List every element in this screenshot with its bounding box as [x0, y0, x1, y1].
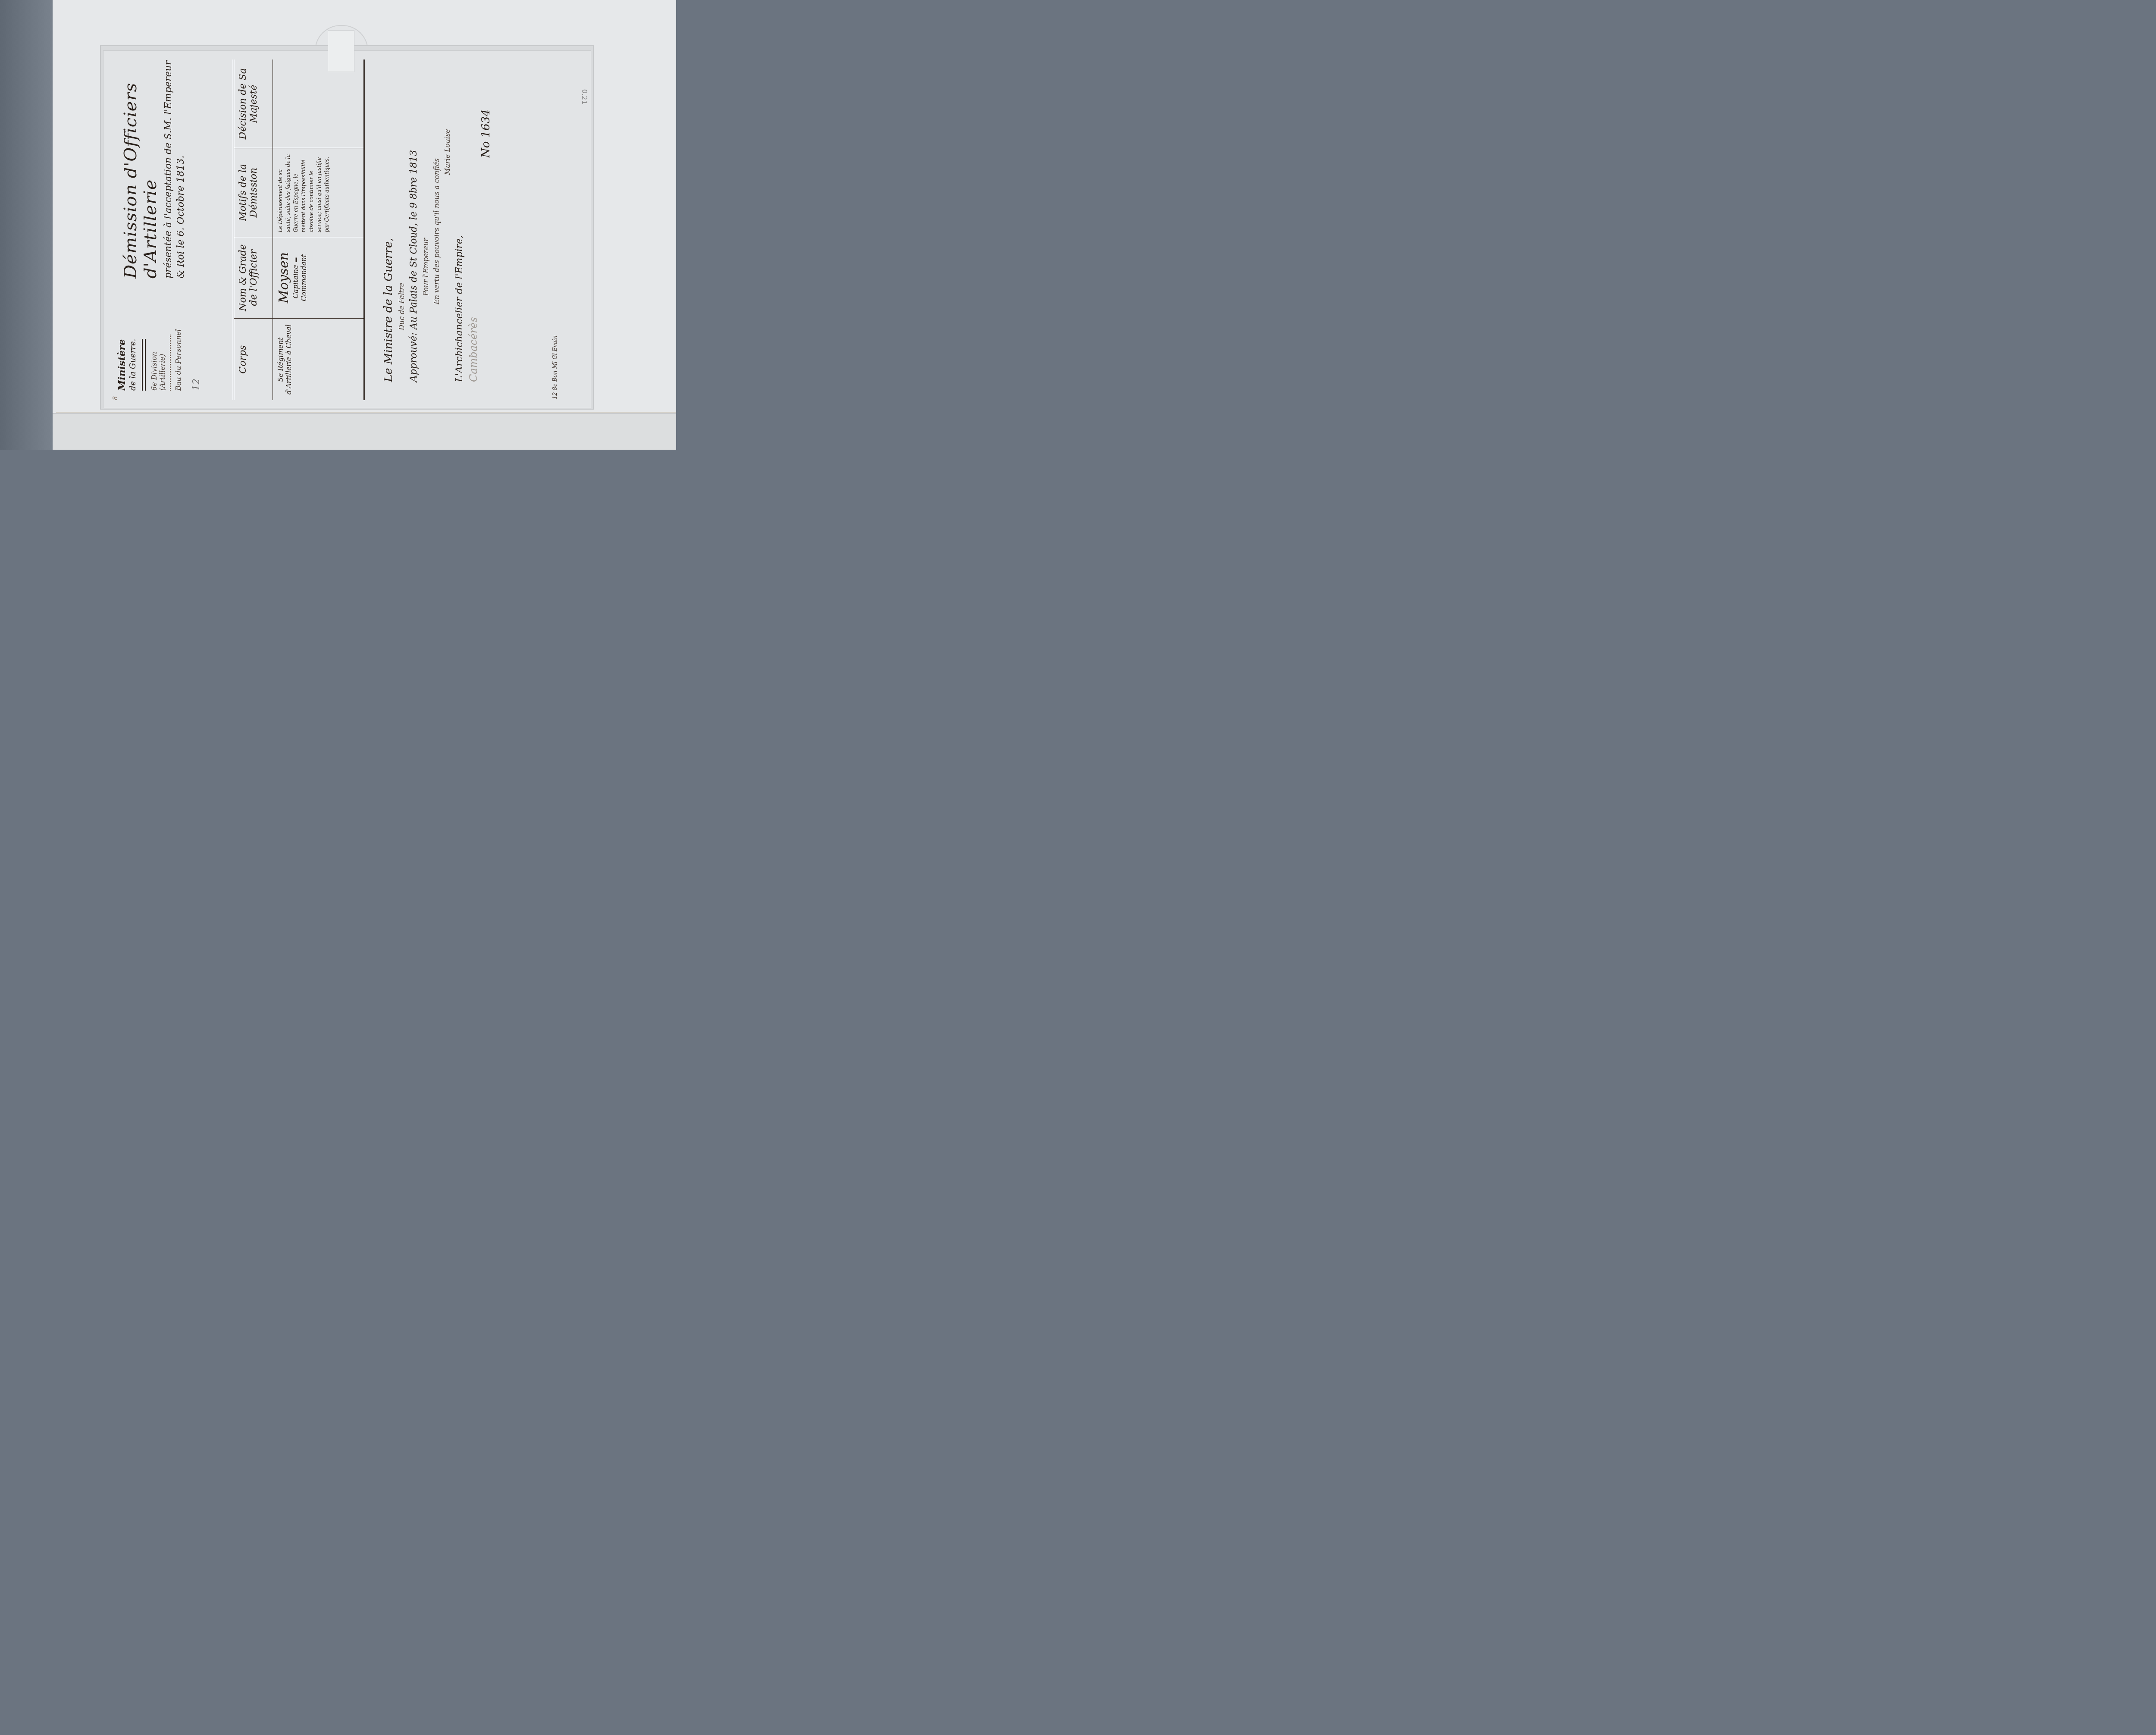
ministry-subtitle: de la Guerre.: [128, 304, 138, 391]
document-title: Démission d'Officiers d'Artillerie: [121, 54, 160, 279]
registry-number: No 1634: [479, 54, 492, 382]
for-emperor: Pour l'Empereur: [422, 54, 430, 382]
note: 12: [552, 392, 558, 399]
table-header: Corps: [234, 318, 273, 400]
approval-line: Approuvé: Au Palais de St Cloud, le 9 8b…: [408, 54, 419, 382]
table-cell-name: Moysen Capitaine = Commandant: [273, 237, 364, 319]
document-content: 8 Ministère de la Guerre. 6e Division (A…: [103, 51, 591, 408]
table-header: Nom & Grade de l'Officier: [234, 237, 273, 319]
table-cell-decision: [273, 60, 364, 148]
division-sub: (Artillerie): [158, 304, 166, 391]
signature-block: Le Ministre de la Guerre, Duc de Feltre …: [379, 54, 492, 382]
divider: [170, 335, 171, 391]
division: 6e Division: [150, 304, 158, 391]
note: 8e: [552, 383, 558, 390]
officer-grade: Capitaine = Commandant: [291, 241, 308, 314]
empress-signature: Marie Louise: [443, 54, 451, 382]
bottom-annotations: 12 8e Bon Ml Gl Evain: [552, 335, 558, 399]
table-cell-motifs: Le Dépérissement de sa santé, suite des …: [273, 148, 364, 236]
resignation-table: Corps Nom & Grade de l'Officier Motifs d…: [233, 60, 365, 400]
table-header: Décision de Sa Majesté: [234, 60, 273, 148]
letterhead: Ministère de la Guerre. 6e Division (Art…: [116, 304, 202, 391]
minister-signature: Duc de Feltre: [398, 54, 406, 382]
officer-name: Moysen: [276, 241, 291, 314]
divider: [142, 339, 146, 391]
title-block: Démission d'Officiers d'Artillerie prése…: [121, 54, 186, 279]
document-subtitle: présentée à l'acceptation de S.M. l'Empe…: [163, 54, 174, 279]
document-date: & Roi le 6. Octobre 1813.: [175, 54, 186, 279]
powers-line: En vertu des pouvoirs qu'il nous a confi…: [432, 54, 441, 382]
table-cell-corps: 5e Régiment d'Artillerie à Cheval: [273, 318, 364, 400]
bureau: Bau du Personnel: [174, 304, 182, 391]
margin-mark: 8: [112, 396, 119, 400]
ministry-title: Ministère: [116, 304, 128, 391]
folio-number: 12: [191, 304, 202, 391]
note: Bon Ml Gl Evain: [552, 335, 558, 382]
archchancellor-signature: Cambacérès: [467, 54, 479, 382]
table-header: Motifs de la Démission: [234, 148, 273, 236]
lower-page: [53, 413, 676, 450]
background: [0, 0, 54, 450]
archchancellor-line: L'Archichancelier de l'Empire,: [454, 54, 465, 382]
minister-line: Le Ministre de la Guerre,: [382, 54, 395, 382]
